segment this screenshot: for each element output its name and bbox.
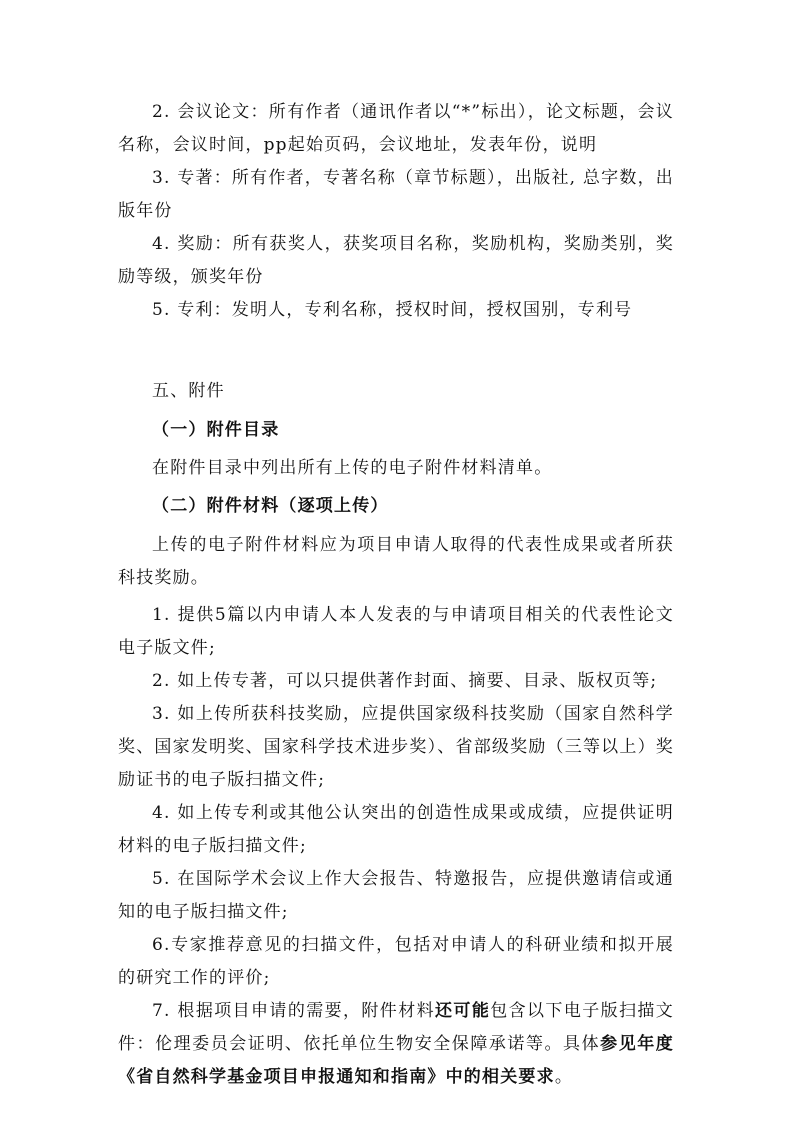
item7-text-1: 7. 根据项目申请的需要，附件材料 <box>152 1001 435 1021</box>
materials-item-4: 4. 如上传专利或其他公认突出的创造性成果或成绩，应提供证明材料的电子版扫描文件… <box>118 797 674 863</box>
materials-item-2: 2. 如上传专著，可以只提供著作封面、摘要、目录、版权页等; <box>118 665 674 698</box>
materials-item-5: 5. 在国际学术会议上作大会报告、特邀报告，应提供邀请信或通知的电子版扫描文件; <box>118 863 674 929</box>
ref-item-award: 4. 奖励：所有获奖人，获奖项目名称，奖励机构，奖励类别，奖励等级，颁奖年份 <box>118 228 674 294</box>
ref-item-monograph: 3. 专著：所有作者，专著名称（章节标题），出版社, 总字数，出版年份 <box>118 162 674 228</box>
materials-item-6: 6.专家推荐意见的扫描文件，包括对申请人的科研业绩和拟开展的研究工作的评价; <box>118 929 674 995</box>
subsection-title-catalog: （一）附件目录 <box>118 411 674 449</box>
materials-intro: 上传的电子附件材料应为项目申请人取得的代表性成果或者所获科技奖励。 <box>118 529 674 595</box>
item7-emphasis-1: 还可能 <box>435 1001 490 1021</box>
ref-item-conference: 2. 会议论文：所有作者（通讯作者以“*”标出），论文标题，会议名称，会议时间，… <box>118 96 674 162</box>
materials-item-1: 1. 提供5篇以内申请人本人发表的与申请项目相关的代表性论文电子版文件; <box>118 599 674 665</box>
ref-item-patent: 5. 专利：发明人，专利名称，授权时间，授权国别，专利号 <box>118 294 674 327</box>
document-page: 2. 会议论文：所有作者（通讯作者以“*”标出），论文标题，会议名称，会议时间，… <box>118 96 674 1094</box>
materials-item-3: 3. 如上传所获科技奖励，应提供国家级科技奖励（国家自然科学奖、国家发明奖、国家… <box>118 698 674 797</box>
subsection-title-materials: （二）附件材料（逐项上传） <box>118 487 674 525</box>
section-title: 五、附件 <box>118 371 674 411</box>
catalog-text: 在附件目录中列出所有上传的电子附件材料清单。 <box>118 449 674 487</box>
materials-item-7: 7. 根据项目申请的需要，附件材料还可能包含以下电子版扫描文件：伦理委员会证明、… <box>118 995 674 1094</box>
item7-end: 。 <box>555 1067 573 1087</box>
spacer <box>118 327 674 371</box>
